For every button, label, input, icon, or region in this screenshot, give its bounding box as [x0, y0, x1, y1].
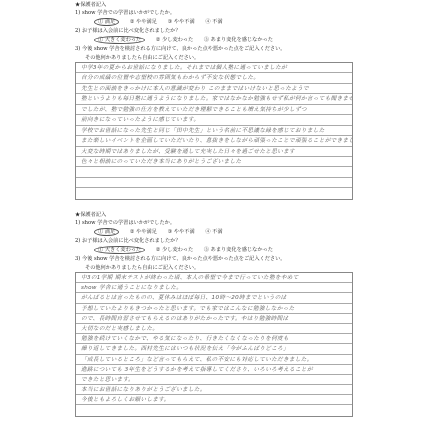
comment-line: 色々と相談にのっていただき本当にありがとうございました — [76, 157, 352, 167]
question-3-subtext: その他何かありましたら自由にご記入ください。 — [75, 264, 353, 272]
comment-line — [76, 178, 352, 188]
comment-line: 大変な時期ではありましたが、受験を通して充実した日々を過ごせたと思います — [76, 147, 352, 157]
comment-line: 勉強を続けていくなかで、やる気になったり、行きたくなくなったりを何度も — [76, 334, 352, 344]
option-changed-slightly: ② 少し変わった — [156, 247, 193, 253]
option-satisfied-circled: ① 満足 — [94, 228, 119, 236]
question-2: 2) お子様は入会前に比べ変化されましたか？ — [75, 27, 353, 36]
question-1: 1) show 学舎での学習はいかがでしたか。 — [75, 219, 353, 228]
parent-entry-header: ★保護者記入 — [75, 2, 353, 9]
option-changed-greatly-circled: ① 大きく変わった — [94, 36, 145, 44]
option-dissatisfied: ④ 不満 — [205, 229, 222, 235]
comment-line — [76, 405, 352, 415]
question-2: 2) お子様は入会前に比べ変化されましたか？ — [75, 237, 353, 246]
option-somewhat-dissatisfied: ③ やや不満 — [168, 229, 195, 235]
option-no-change: ③ あまり変化を感じなかった — [204, 247, 273, 253]
option-dissatisfied: ④ 不満 — [205, 19, 222, 25]
comment-line: 進路についても 3年生をどうするかを考えて指導してくださり、いろいろ考えることが — [76, 365, 352, 375]
comment-line: 前向きになっていったように感じています。 — [76, 115, 352, 125]
option-no-change: ③ あまり変化を感じなかった — [204, 37, 273, 43]
comment-line: また楽しいイベントを企画していただいたり、息抜きをしながら頑張ったことで頑張るこ… — [76, 136, 352, 146]
comment-line: 本当にお世話になりありがとうございました。 — [76, 385, 352, 395]
question-1-options: ① 満足 ② やや満足 ③ やや不満 ④ 不満 — [75, 228, 353, 237]
question-2-options: ① 大きく変わった ② 少し変わった ③ あまり変化を感じなかった — [75, 246, 353, 255]
question-3-subtext: その他何かありましたら自由にご記入ください。 — [75, 54, 353, 62]
comment-line: できたと思います。 — [76, 375, 352, 385]
option-satisfied-circled: ① 満足 — [94, 18, 119, 26]
comment-line: がんばるとは言ったものの、夏休みはほぼ毎日、10時～20時までというのは — [76, 293, 352, 303]
comment-line — [76, 167, 352, 177]
option-changed-slightly: ② 少し変わった — [156, 37, 193, 43]
question-1: 1) show 学舎での学習はいかがでしたか。 — [75, 9, 353, 18]
handwritten-comment-box: 中学3年の夏からお世話になりました。それまでは個人塾に通っていましたが 自分の成… — [75, 62, 353, 200]
comment-line: 先生との面談をきっかけに本人の意識が変わり このままではいけないと思ったようで — [76, 84, 352, 94]
comment-line: 大切なのだと実感しました。 — [76, 324, 352, 334]
question-3: 3) 今後 show 学舎を検討される方に向けて、良かった点や悪かった点をご記入… — [75, 45, 353, 54]
survey-form-1: ★保護者記入 1) show 学舎での学習はいかがでしたか。 ① 満足 ② やや… — [75, 2, 353, 200]
comment-line: 繰り返してきました。西村先生にはいつも状況を伝え「今がふんばりどころ」 — [76, 344, 352, 354]
comment-line: 学校でお世話になった先生と同じ「田中先生」という名前に不思議な縁を感じておりまし… — [76, 126, 352, 136]
option-somewhat-satisfied: ② やや満足 — [130, 19, 157, 25]
comment-line: 中学3年の夏からお世話になりました。それまでは個人塾に通っていましたが — [76, 63, 352, 73]
comment-line: 中3の1学期 期末テストが終わった頃、本人の希望で今まで行っていた塾をやめて — [76, 273, 352, 283]
option-changed-greatly-circled: ① 大きく変わった — [94, 246, 145, 254]
parent-entry-header: ★保護者記入 — [75, 212, 353, 219]
comment-line — [76, 188, 352, 198]
option-somewhat-satisfied: ② やや満足 — [130, 229, 157, 235]
question-2-options: ① 大きく変わった ② 少し変わった ③ あまり変化を感じなかった — [75, 36, 353, 45]
handwritten-comment-box: 中3の1学期 期末テストが終わった頃、本人の希望で今まで行っていた塾をやめて s… — [75, 272, 353, 417]
question-1-options: ① 満足 ② やや満足 ③ やや不満 ④ 不満 — [75, 18, 353, 27]
comment-line: 「成長しているところ」など言ってもらえて、私の不安にも対応していただきました。 — [76, 355, 352, 365]
comment-line: 今後ともよろしくお願いします。 — [76, 395, 352, 405]
option-somewhat-dissatisfied: ③ やや不満 — [168, 19, 195, 25]
comment-line: でしたが、塾で勉強の仕方を教えていただき理解できることも増え気持ちが少しずつ — [76, 105, 352, 115]
comment-line: 塾というよりも毎日塾に通うようになりました。家ではなかなか勉強もせず私が何か言っ… — [76, 94, 352, 104]
comment-line: ので、長時間自習させてもらえるのはありがたかったです。やはり勉強時間は — [76, 314, 352, 324]
comment-line: 予想していたよりもきつかったと思います。でも家ではこんなに勉強しなかった — [76, 304, 352, 314]
comment-line: show 学舎に通うことになりました。 — [76, 283, 352, 293]
comment-line: 自分の成績の位置や志望校の雰囲気もわからず不安な状態でした。 — [76, 73, 352, 83]
survey-form-2: ★保護者記入 1) show 学舎での学習はいかがでしたか。 ① 満足 ② やや… — [75, 212, 353, 417]
question-3: 3) 今後 show 学舎を検討される方に向けて、良かった点や悪かった点をご記入… — [75, 255, 353, 264]
